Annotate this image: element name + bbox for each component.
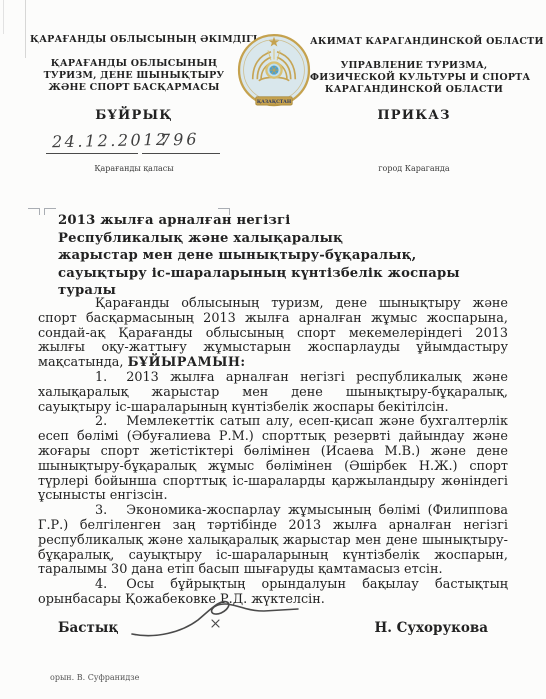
- order-item: 3.Экономика-жоспарлау жұмысының бөлімі (…: [38, 504, 508, 578]
- item-number: 3.: [95, 503, 107, 518]
- issuing-authority-parent-ru: АКИМАТ КАРАГАНДИНСКОЙ ОБЛАСТИ: [310, 36, 518, 48]
- scan-artifact-line: [25, 0, 26, 58]
- title-line: Республикалық және халықаралық: [58, 230, 498, 248]
- handwritten-date: 24.12.2012: [52, 130, 169, 151]
- item-number: 1.: [95, 370, 107, 385]
- place-name-ru: город Караганда: [310, 164, 518, 173]
- org-line: УПРАВЛЕНИЕ ТУРИЗМА,: [310, 60, 518, 72]
- scanned-order-document: ҚАРАҒАНДЫ ОБЛЫСЫНЫҢ ӘКІМДІГІ ҚАРАҒАНДЫ О…: [0, 0, 546, 699]
- signature-flourish: [128, 592, 308, 646]
- date-underline: [46, 153, 138, 154]
- org-line: КАРАГАНДИНСКОЙ ОБЛАСТИ: [310, 84, 518, 96]
- item-number: 4.: [95, 577, 107, 592]
- document-title: 2013 жылға арналған негізгі Республикалы…: [58, 212, 498, 300]
- kazakhstan-state-emblem-icon: ҚАЗАҚСТАН: [236, 32, 312, 112]
- title-line: 2013 жылға арналған негізгі: [58, 212, 498, 230]
- order-item: 2.Мемлекеттік сатып алу, есеп-қисап және…: [38, 415, 508, 504]
- order-heading-ru: ПРИКАЗ: [310, 108, 518, 123]
- title-line: сауықтыру іс-шараларының күнтізбелік жос…: [58, 265, 498, 300]
- number-underline: [142, 153, 220, 154]
- signer-post: Бастық: [58, 620, 118, 636]
- order-body: Қарағанды облысының туризм, дене шынықты…: [38, 297, 508, 608]
- order-item: 1.2013 жылға арналған негізгі республика…: [38, 371, 508, 415]
- org-line: ФИЗИЧЕСКОЙ КУЛЬТУРЫ И СПОРТА: [310, 72, 518, 84]
- item-text: Экономика-жоспарлау жұмысының бөлімі (Фи…: [38, 503, 508, 577]
- org-line: ҚАРАҒАНДЫ ОБЛЫСЫНЫҢ: [30, 58, 238, 70]
- order-heading-kk: БҰЙРЫҚ: [30, 108, 238, 123]
- executor-note: орын. В. Суфранидзе: [50, 673, 139, 682]
- place-name-kk: Қарағанды қаласы: [30, 164, 238, 173]
- org-line: ЖӘНЕ СПОРТ БАСҚАРМАСЫ: [30, 82, 238, 94]
- issuing-authority-ru: УПРАВЛЕНИЕ ТУРИЗМА, ФИЗИЧЕСКОЙ КУЛЬТУРЫ …: [310, 60, 518, 96]
- item-text: 2013 жылға арналған негізгі республикалы…: [38, 370, 508, 415]
- header-russian: АКИМАТ КАРАГАНДИНСКОЙ ОБЛАСТИ УПРАВЛЕНИЕ…: [310, 36, 518, 96]
- signer-name: Н. Сухорукова: [340, 620, 488, 636]
- item-text: Мемлекеттік сатып алу, есеп-қисап және б…: [38, 414, 508, 503]
- header-kazakh: ҚАРАҒАНДЫ ОБЛЫСЫНЫҢ ӘКІМДІГІ ҚАРАҒАНДЫ О…: [30, 34, 238, 94]
- handwritten-order-number: 796: [160, 129, 200, 149]
- intro-text: Қарағанды облысының туризм, дене шынықты…: [38, 296, 508, 370]
- emblem-banner-text: ҚАЗАҚСТАН: [257, 99, 292, 105]
- issuing-authority-kk: ҚАРАҒАНДЫ ОБЛЫСЫНЫҢ ТУРИЗМ, ДЕНЕ ШЫНЫҚТЫ…: [30, 58, 238, 94]
- scan-artifact-line: [3, 0, 4, 34]
- order-verb: БҰЙЫРАМЫН:: [128, 355, 246, 370]
- text-frame-corner-mark: [44, 208, 56, 215]
- issuing-authority-parent-kk: ҚАРАҒАНДЫ ОБЛЫСЫНЫҢ ӘКІМДІГІ: [30, 34, 238, 46]
- intro-paragraph: Қарағанды облысының туризм, дене шынықты…: [38, 297, 508, 371]
- text-frame-corner-mark: [28, 208, 40, 215]
- item-number: 2.: [95, 414, 107, 429]
- org-line: ТУРИЗМ, ДЕНЕ ШЫНЫҚТЫРУ: [30, 70, 238, 82]
- title-line: жарыстар мен дене шынықтыру-бұқаралық,: [58, 247, 498, 265]
